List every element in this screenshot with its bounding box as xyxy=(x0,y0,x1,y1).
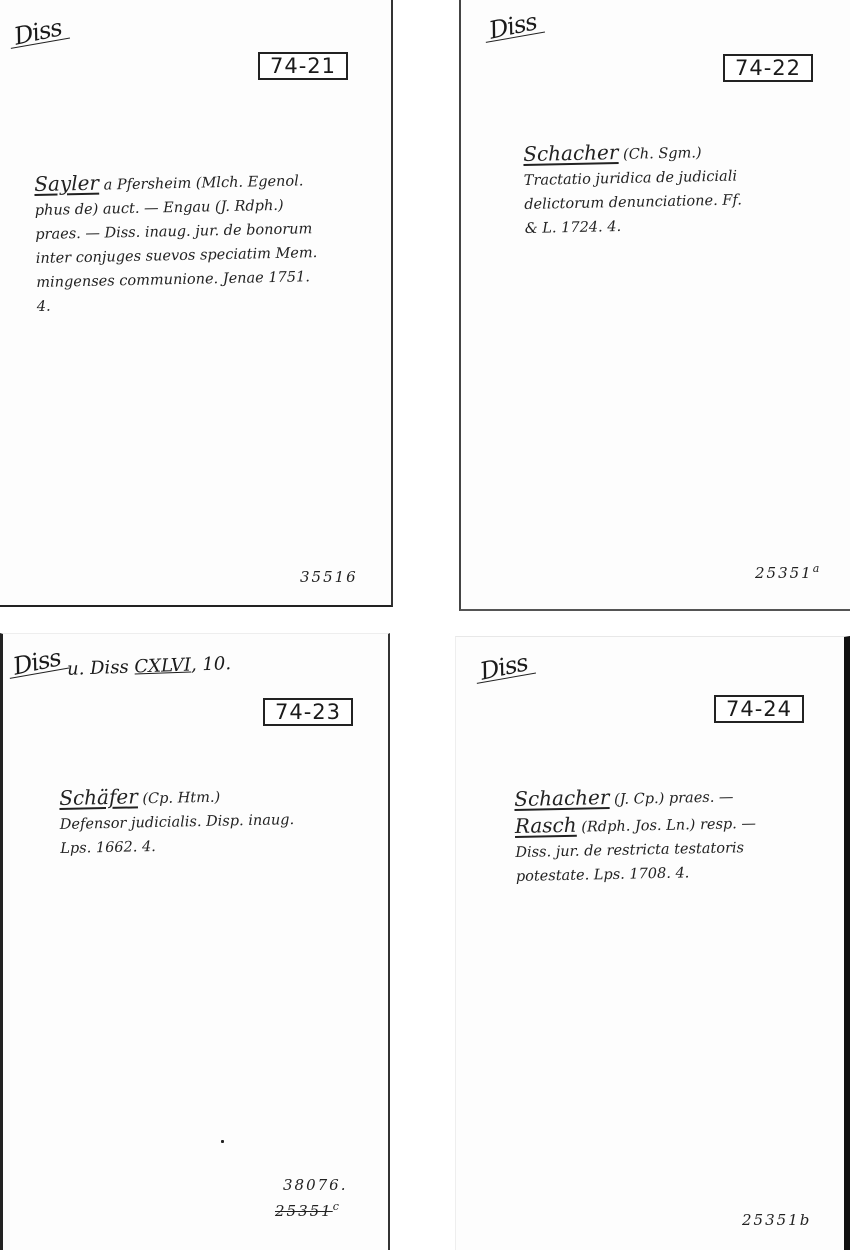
entry-heading: Schäfer xyxy=(59,784,138,810)
entry-heading: Schacher xyxy=(514,785,610,811)
catalog-card-74-21: Diss 74-21 Sayler a Pfersheim (Mlch. Ege… xyxy=(0,0,393,607)
accession-number-struck: 25351c xyxy=(275,1200,341,1220)
entry-heading: Schacher xyxy=(523,140,619,166)
accession-number: 25351b xyxy=(742,1211,811,1229)
call-number: 74-24 xyxy=(714,695,804,723)
accession-number: 35516 xyxy=(300,568,358,586)
call-number: 74-21 xyxy=(258,52,348,80)
catalog-entry: Schäfer (Cp. Htm.) Defensor judicialis. … xyxy=(59,781,295,861)
catalog-card-74-24: Diss 74-24 Schacher (J. Cp.) praes. — Ra… xyxy=(455,636,850,1250)
catalog-card-74-23: Diss u. Diss CXLVI, 10. 74-23 Schäfer (C… xyxy=(0,633,390,1250)
entry-heading-2: Rasch xyxy=(515,813,577,838)
accession-number: 25351a xyxy=(755,562,821,582)
catalog-card-74-22: Diss 74-22 Schacher (Ch. Sgm.) Tractatio… xyxy=(459,0,850,611)
catalog-entry: Sayler a Pfersheim (Mlch. Egenol. phus d… xyxy=(34,166,319,319)
category-mark: Diss xyxy=(487,7,539,44)
catalog-entry: Schacher (J. Cp.) praes. — Rasch (Rdph. … xyxy=(514,782,757,889)
category-mark: Diss xyxy=(12,13,64,50)
shelf-note: u. Diss CXLVI, 10. xyxy=(67,653,232,680)
category-mark: Diss xyxy=(478,648,530,685)
accession-number: 38076. xyxy=(283,1176,348,1194)
call-number: 74-22 xyxy=(723,54,813,82)
catalog-entry: Schacher (Ch. Sgm.) Tractatio juridica d… xyxy=(523,137,743,241)
entry-heading: Sayler xyxy=(34,171,99,196)
call-number: 74-23 xyxy=(263,698,353,726)
category-mark: Diss xyxy=(11,643,63,680)
ink-speck xyxy=(221,1140,224,1143)
